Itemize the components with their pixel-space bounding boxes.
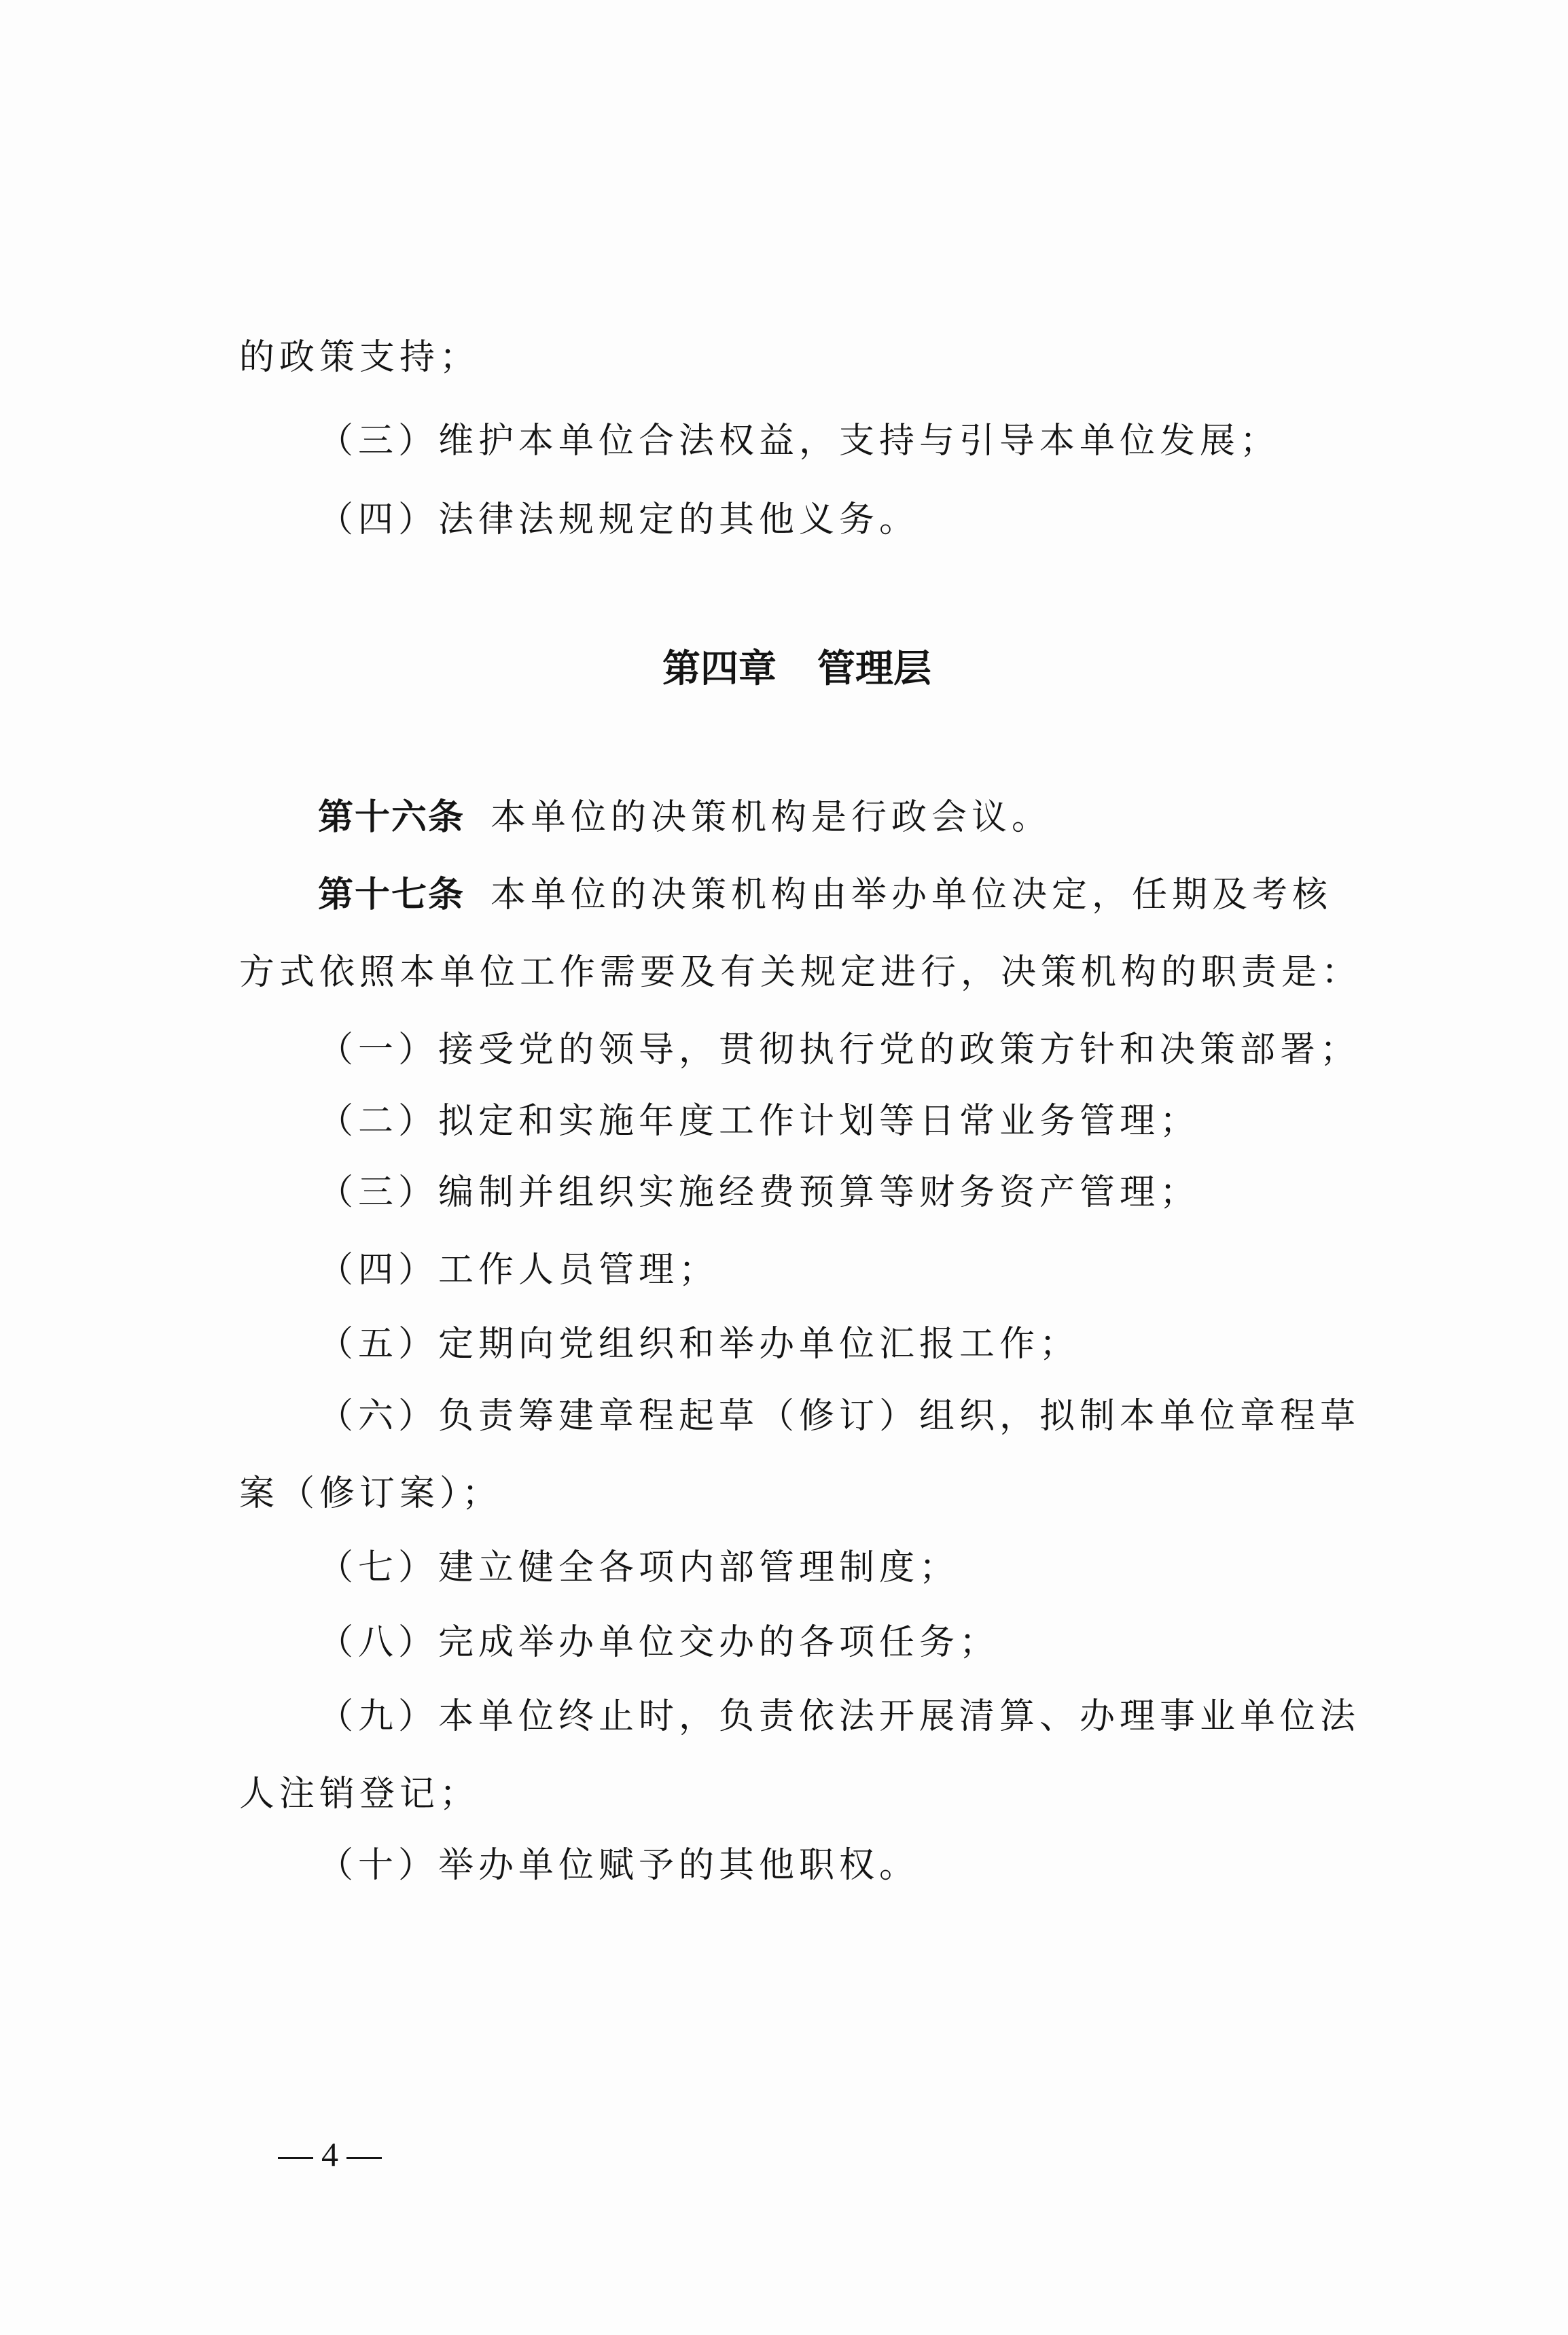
page-number-value: 4 <box>321 2135 338 2173</box>
item-text: 人注销登记； <box>239 1774 480 1814</box>
item-label: （三） <box>318 1172 438 1213</box>
duty-item-3: （三）编制并组织实施经费预算等财务资产管理； <box>318 1172 1200 1213</box>
item-label: （十） <box>318 1845 438 1886</box>
previous-item-3: （三）维护本单位合法权益，支持与引导本单位发展； <box>318 421 1280 461</box>
article-number: 第十六条 <box>318 797 465 838</box>
item-text: 建立健全各项内部管理制度； <box>438 1547 959 1588</box>
item-label: （二） <box>318 1101 438 1142</box>
duty-item-7: （七）建立健全各项内部管理制度； <box>318 1547 959 1588</box>
page-number: 4 <box>270 2134 390 2175</box>
item-label: （九） <box>318 1696 438 1737</box>
article-16: 第十六条本单位的决策机构是行政会议。 <box>318 797 1052 838</box>
article-text: 方式依照本单位工作需要及有关规定进行，决策机构的职责是： <box>239 952 1361 993</box>
item-text: 完成举办单位交办的各项任务； <box>438 1622 999 1663</box>
document-page: 的政策支持； （三）维护本单位合法权益，支持与引导本单位发展； （四）法律法规规… <box>0 0 1568 2335</box>
dash-right <box>346 2157 382 2159</box>
chapter-heading: 第四章管理层 <box>662 648 931 691</box>
item-label: （七） <box>318 1547 438 1588</box>
item-text: 本单位终止时，负责依法开展清算、办理事业单位法 <box>438 1696 1360 1737</box>
item-label: （四） <box>318 499 438 540</box>
item-text: 编制并组织实施经费预算等财务资产管理； <box>438 1172 1200 1213</box>
item-label: （三） <box>318 421 438 461</box>
item-text: 接受党的领导，贯彻执行党的政策方针和决策部署； <box>438 1030 1360 1070</box>
item-label: （五） <box>318 1324 438 1365</box>
item-text: 法律法规规定的其他义务。 <box>438 499 919 540</box>
duty-item-6: （六）负责筹建章程起草（修订）组织，拟制本单位章程草 <box>318 1396 1360 1437</box>
item-label: （六） <box>318 1396 438 1437</box>
duty-item-9-continuation: 人注销登记； <box>239 1774 480 1814</box>
article-text: 本单位的决策机构由举办单位决定，任期及考核 <box>491 875 1332 915</box>
article-number: 第十七条 <box>318 875 465 915</box>
chapter-number: 第四章 <box>662 647 777 691</box>
article-text: 本单位的决策机构是行政会议。 <box>491 797 1052 838</box>
duty-item-1: （一）接受党的领导，贯彻执行党的政策方针和决策部署； <box>318 1030 1360 1070</box>
item-label: （四） <box>318 1250 438 1291</box>
item-label: （一） <box>318 1030 438 1070</box>
continuation-text: 的政策支持； <box>239 337 480 378</box>
dash-left <box>278 2157 313 2159</box>
item-text: 定期向党组织和举办单位汇报工作； <box>438 1324 1080 1365</box>
duty-item-5: （五）定期向党组织和举办单位汇报工作； <box>318 1324 1080 1365</box>
chapter-title: 管理层 <box>817 647 931 691</box>
duty-item-2: （二）拟定和实施年度工作计划等日常业务管理； <box>318 1101 1200 1142</box>
item-text: 工作人员管理； <box>438 1250 719 1291</box>
duty-item-9: （九）本单位终止时，负责依法开展清算、办理事业单位法 <box>318 1696 1360 1737</box>
item-text: 负责筹建章程起草（修订）组织，拟制本单位章程草 <box>438 1396 1360 1437</box>
duty-item-8: （八）完成举办单位交办的各项任务； <box>318 1622 999 1663</box>
article-17-continuation: 方式依照本单位工作需要及有关规定进行，决策机构的职责是： <box>239 952 1361 993</box>
duty-item-10: （十）举办单位赋予的其他职权。 <box>318 1845 919 1886</box>
item-text: 维护本单位合法权益，支持与引导本单位发展； <box>438 421 1280 461</box>
item-label: （八） <box>318 1622 438 1663</box>
duty-item-4: （四）工作人员管理； <box>318 1250 719 1291</box>
article-17: 第十七条本单位的决策机构由举办单位决定，任期及考核 <box>318 875 1332 915</box>
duty-item-6-continuation: 案（修订案）； <box>239 1473 502 1514</box>
item-text: 拟定和实施年度工作计划等日常业务管理； <box>438 1101 1200 1142</box>
item-text: 案（修订案）； <box>239 1473 502 1514</box>
item-text: 举办单位赋予的其他职权。 <box>438 1845 919 1886</box>
continuation-line: 的政策支持； <box>239 337 480 378</box>
previous-item-4: （四）法律法规规定的其他义务。 <box>318 499 919 540</box>
